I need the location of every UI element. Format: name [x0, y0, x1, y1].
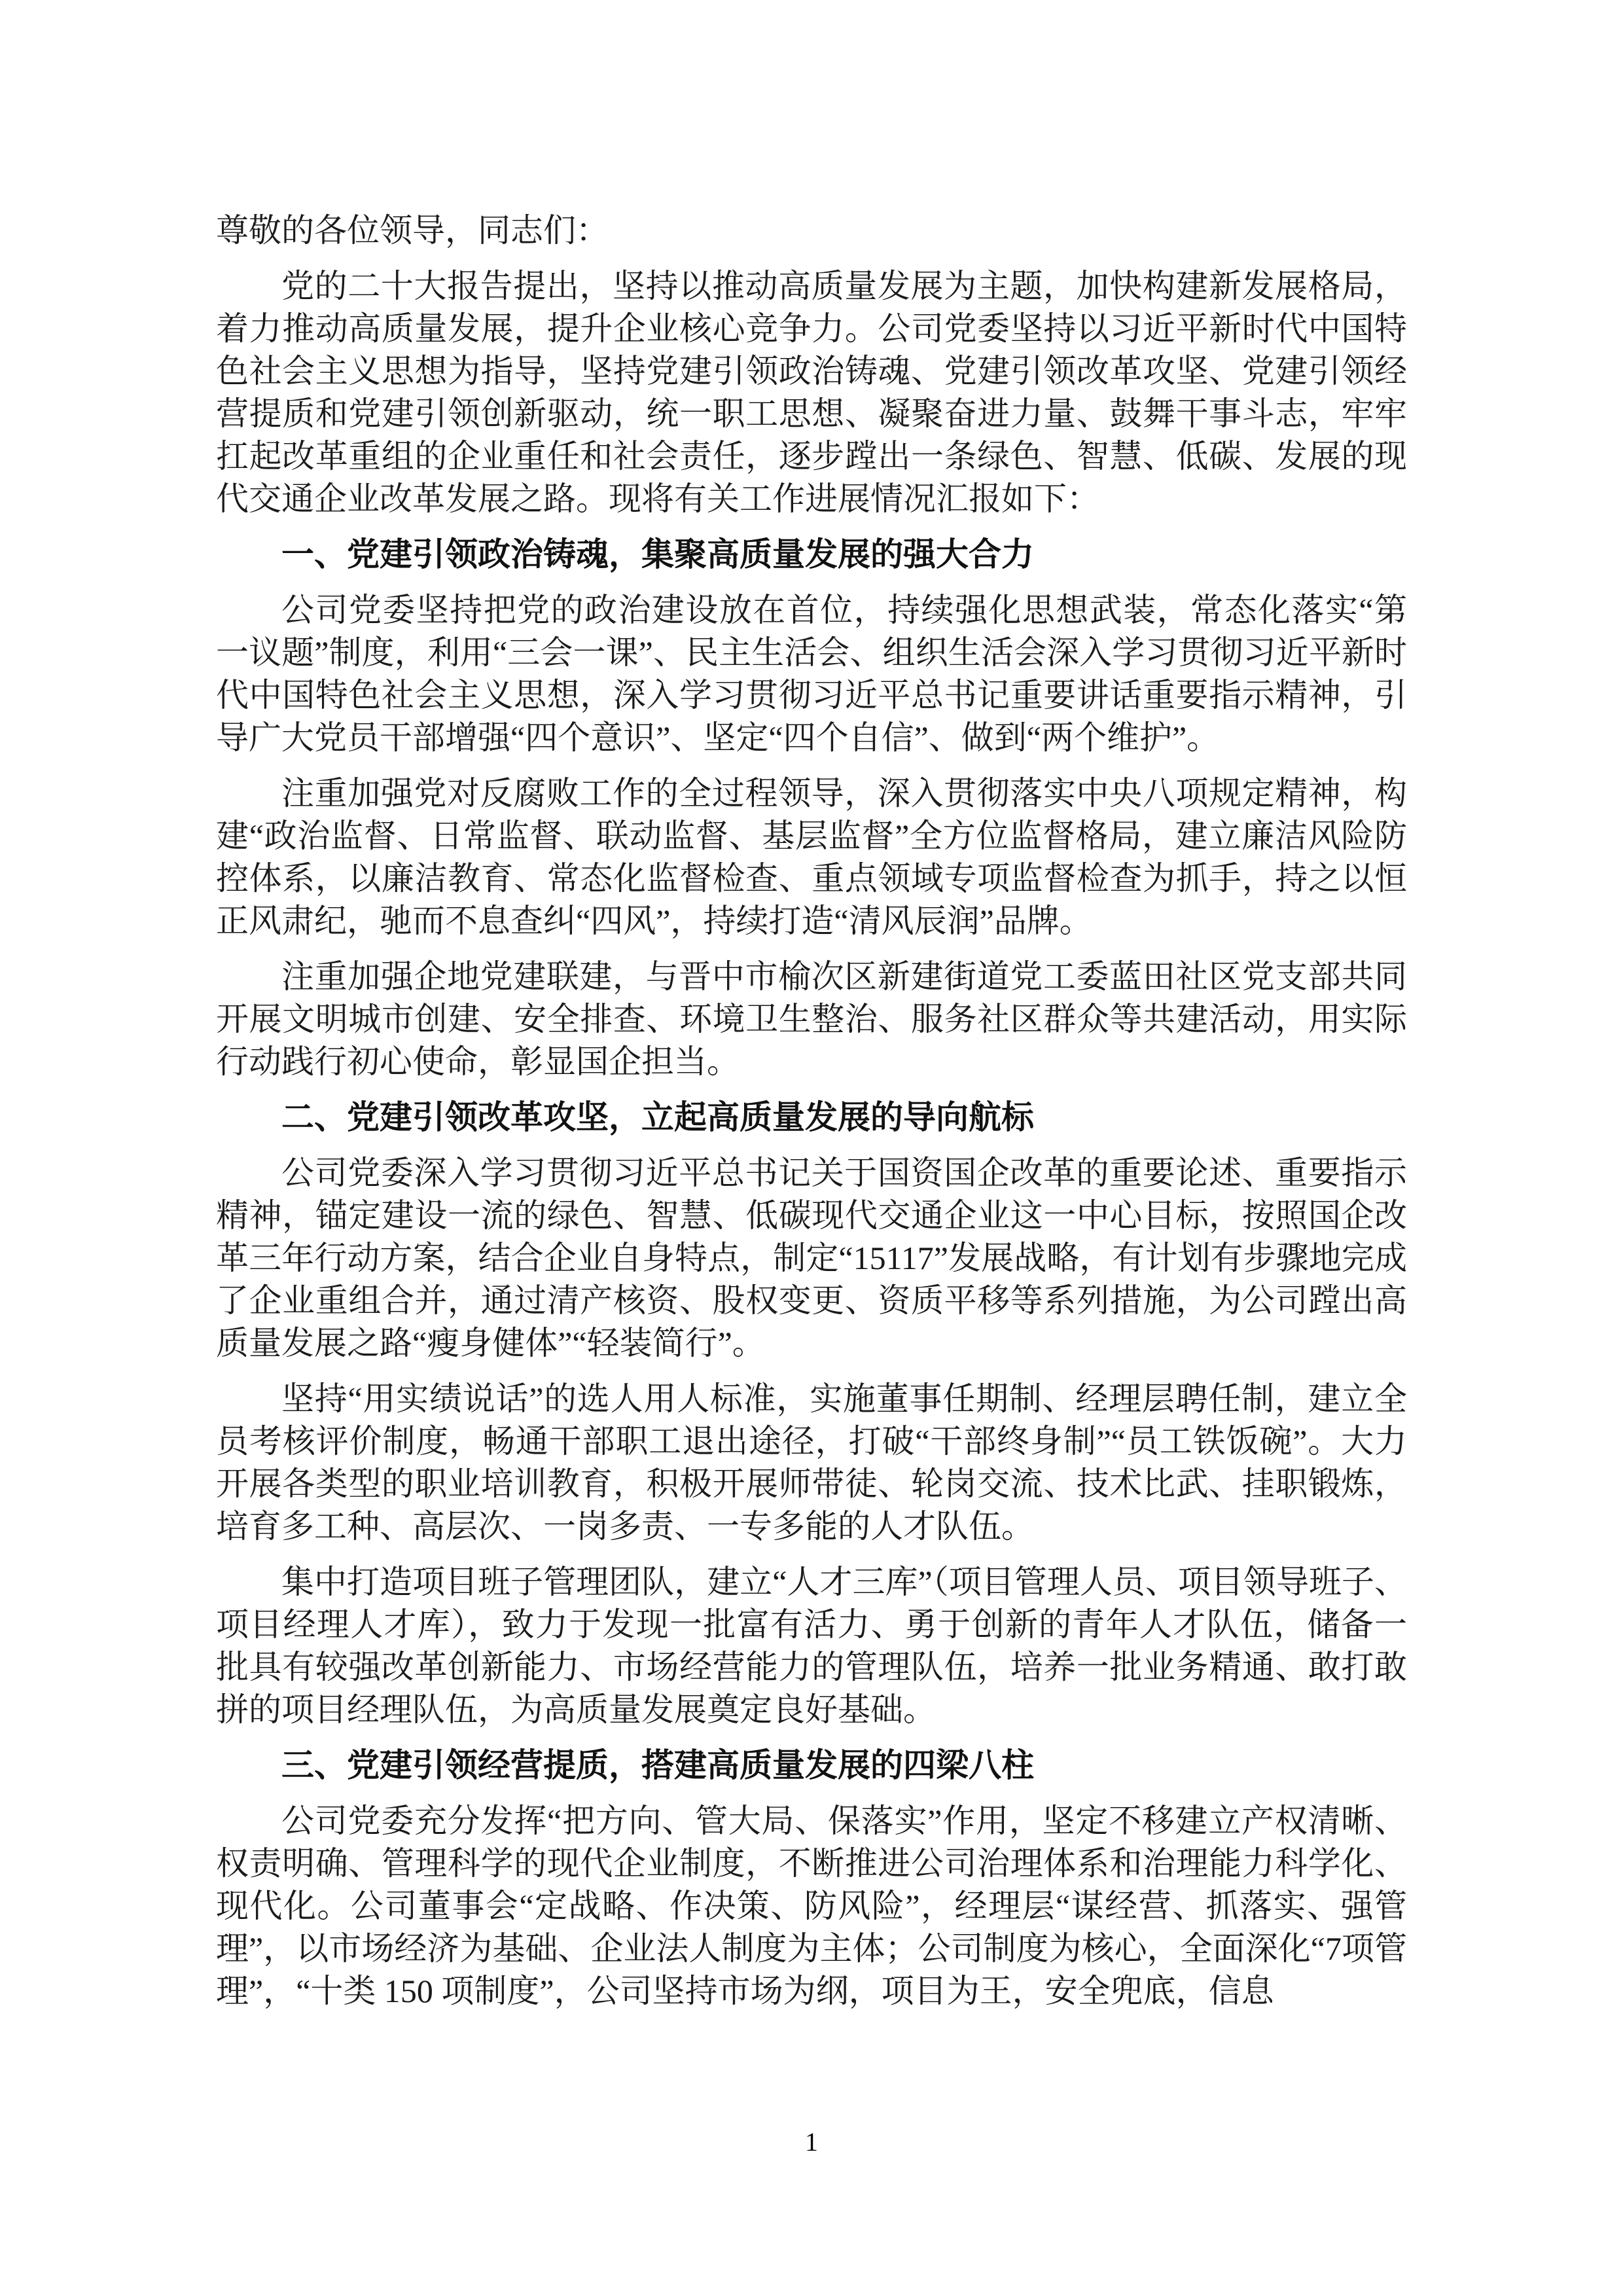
section-1-paragraph-2: 注重加强党对反腐败工作的全过程领导，深入贯彻落实中央八项规定精神，构建“政治监督…: [216, 772, 1407, 942]
heading-section-1: 一、党建引领政治铸魂，集聚高质量发展的强大合力: [216, 533, 1407, 576]
section-2-paragraph-3: 集中打造项目班子管理团队，建立“人才三库”（项目管理人员、项目领导班子、项目经理…: [216, 1561, 1407, 1731]
document-page: 尊敬的各位领导，同志们： 党的二十大报告提出，坚持以推动高质量发展为主题，加快构…: [0, 0, 1623, 2296]
document-body: 尊敬的各位领导，同志们： 党的二十大报告提出，坚持以推动高质量发展为主题，加快构…: [216, 209, 1407, 2026]
intro-paragraph: 党的二十大报告提出，坚持以推动高质量发展为主题，加快构建新发展格局，着力推动高质…: [216, 265, 1407, 520]
section-1-paragraph-1: 公司党委坚持把党的政治建设放在首位，持续强化思想武装，常态化落实“第一议题”制度…: [216, 589, 1407, 759]
heading-section-2: 二、党建引领改革攻坚，立起高质量发展的导向航标: [216, 1096, 1407, 1139]
page-number: 1: [805, 2127, 818, 2157]
section-2-paragraph-2: 坚持“用实绩说话”的选人用人标准，实施董事任期制、经理层聘任制，建立全员考核评价…: [216, 1378, 1407, 1548]
greeting-line: 尊敬的各位领导，同志们：: [216, 209, 1407, 252]
section-2-paragraph-1: 公司党委深入学习贯彻习近平总书记关于国资国企改革的重要论述、重要指示精神，锚定建…: [216, 1152, 1407, 1365]
section-3-paragraph-1: 公司党委充分发挥“把方向、管大局、保落实”作用，坚定不移建立产权清晰、权责明确、…: [216, 1800, 1407, 2013]
page-footer: 1: [0, 2128, 1623, 2156]
heading-section-3: 三、党建引领经营提质，搭建高质量发展的四梁八柱: [216, 1744, 1407, 1787]
section-1-paragraph-3: 注重加强企地党建联建，与晋中市榆次区新建街道党工委蓝田社区党支部共同开展文明城市…: [216, 956, 1407, 1083]
